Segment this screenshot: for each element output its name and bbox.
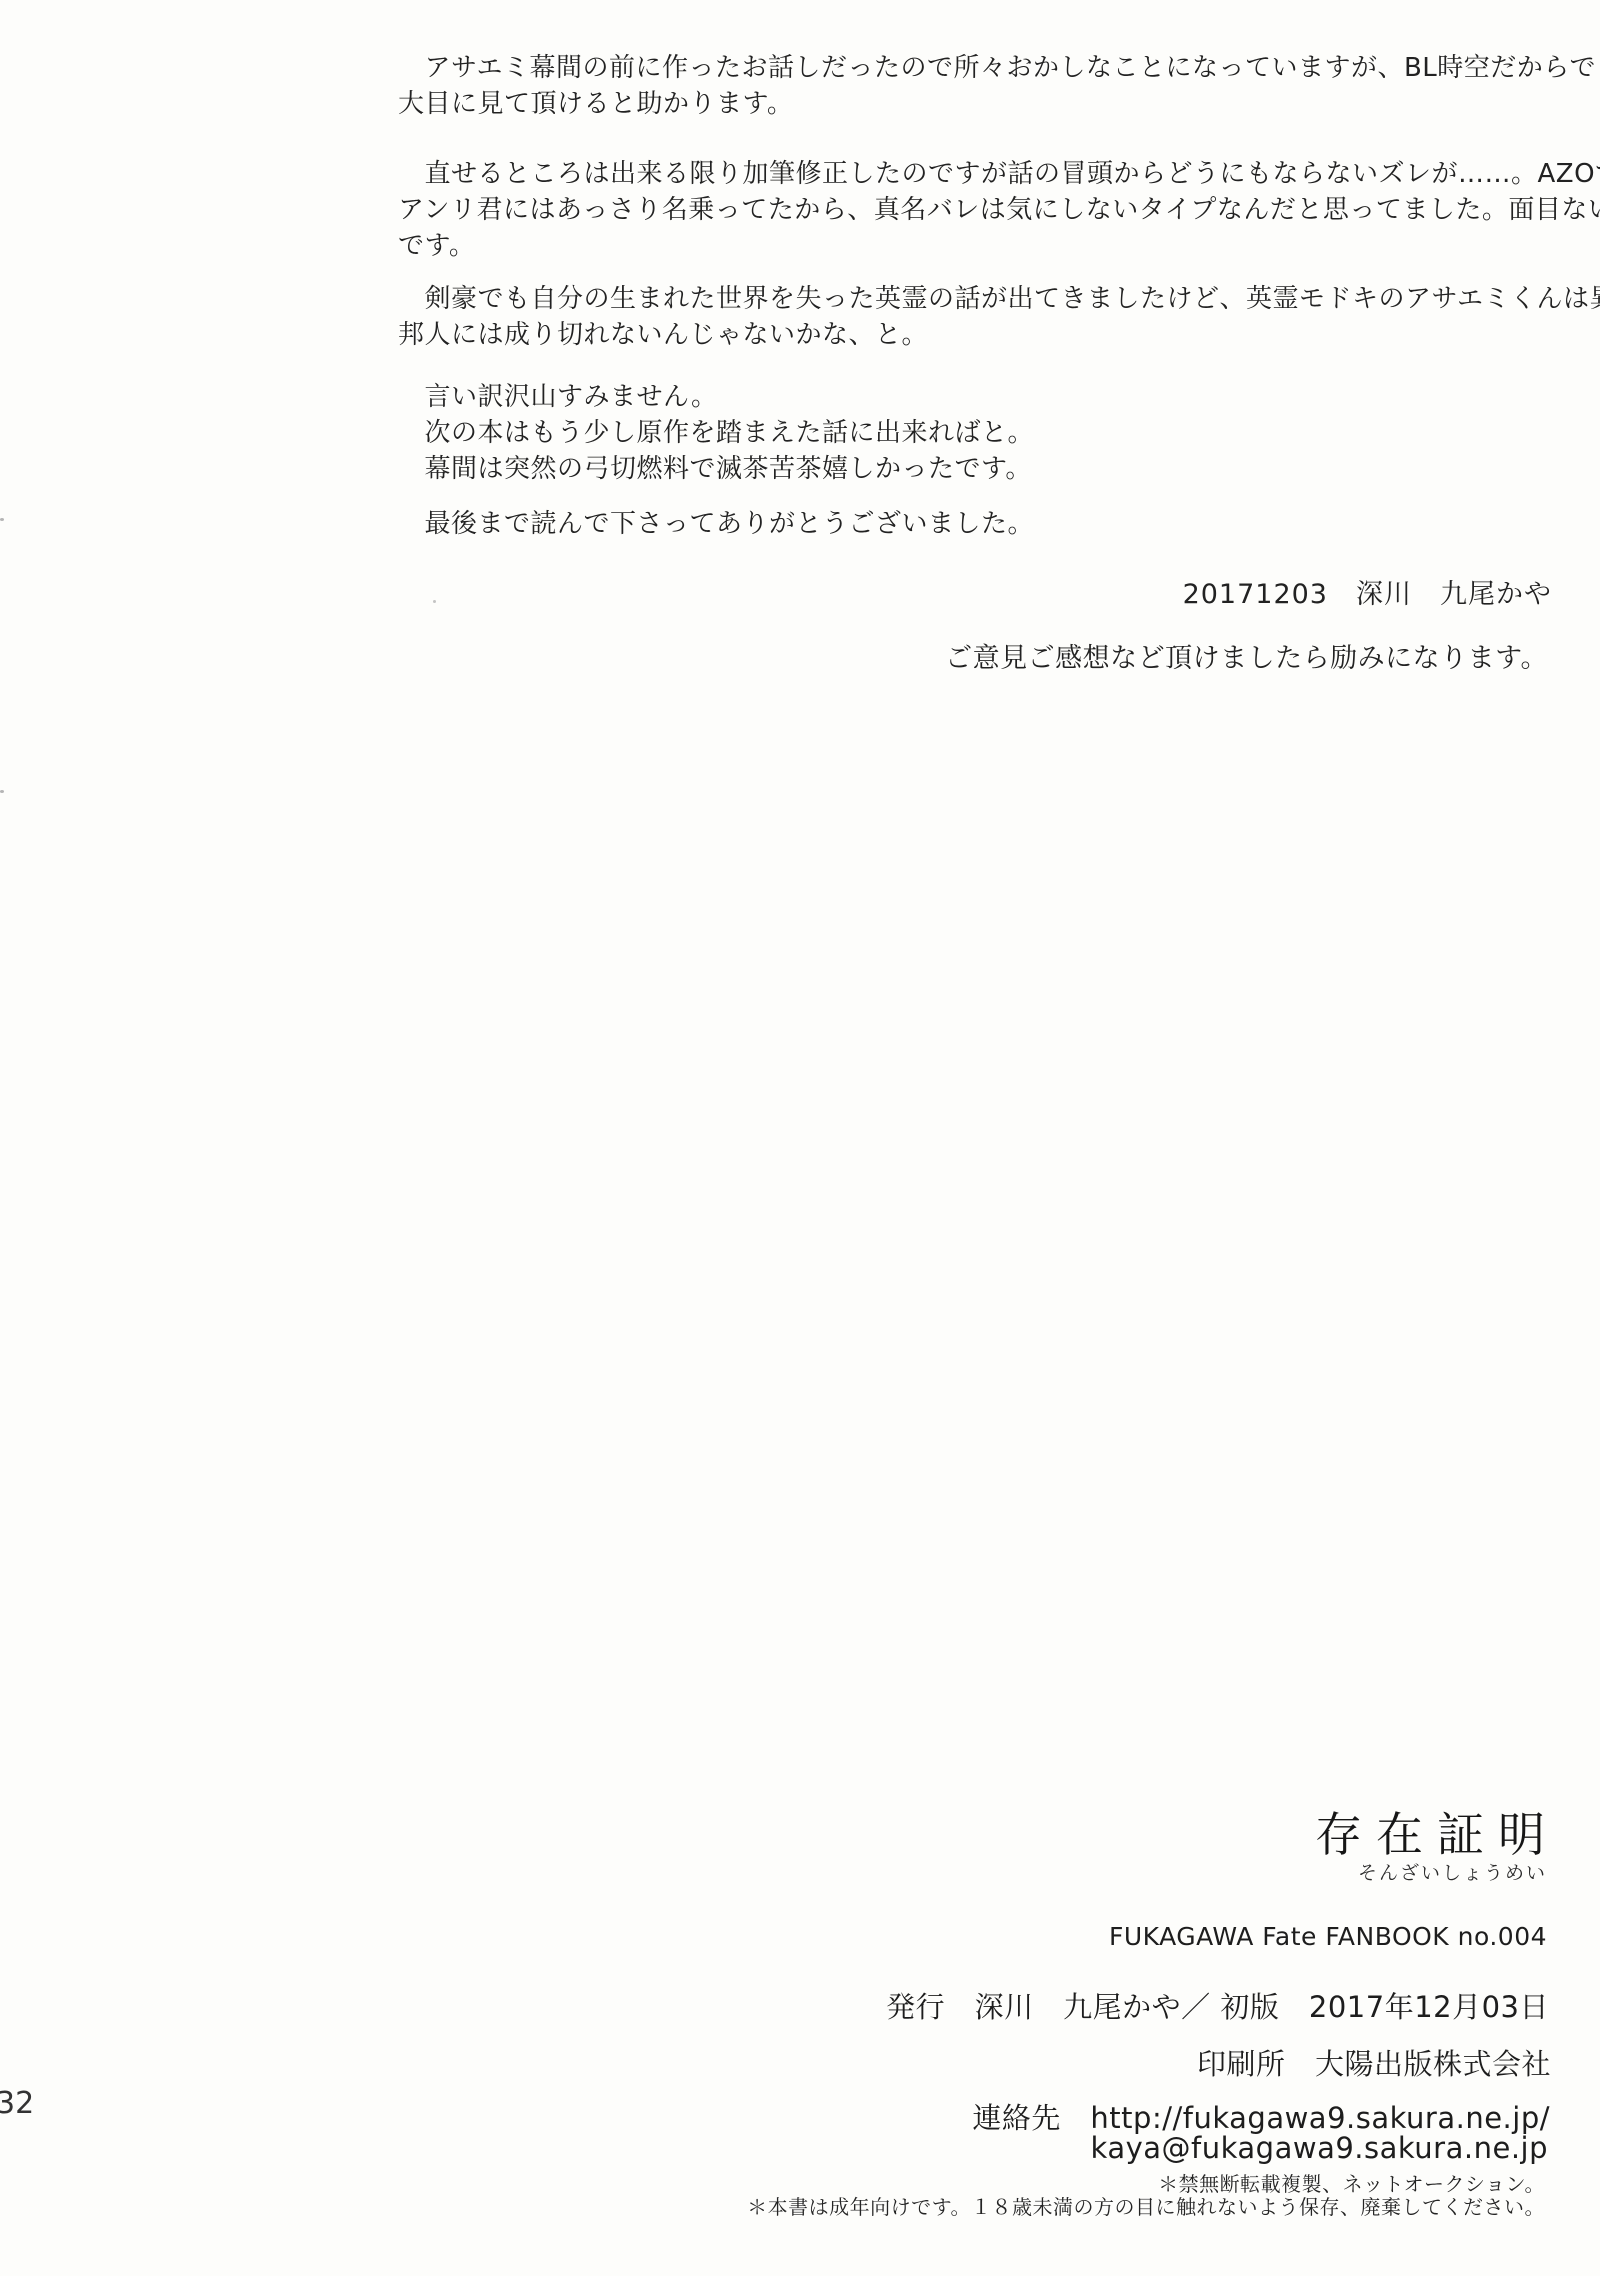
- printer-line: 印刷所 大陽出版株式会社: [1197, 2042, 1551, 2083]
- thanks-line: 最後まで読んで下さってありがとうございました。: [398, 506, 1034, 542]
- text-line: 幕間は突然の弓切燃料で滅茶苦茶嬉しかったです。: [398, 451, 1034, 487]
- text-line: 大目に見て頂けると助かります。: [398, 86, 1596, 122]
- text-line: 剣豪でも自分の生まれた世界を失った英霊の話が出てきましたけど、英霊モドキのアサエ…: [398, 281, 1600, 317]
- scan-dust-speck: [0, 518, 4, 521]
- contact-email-line: kaya@fukagawa9.sakura.ne.jp: [1091, 2131, 1548, 2165]
- text-line: です。: [398, 228, 1600, 264]
- page-number: 32: [0, 2086, 34, 2121]
- text-line: 次の本はもう少し原作を踏まえた話に出来ればと。: [398, 415, 1034, 451]
- afterword-paragraph-3: 剣豪でも自分の生まれた世界を失った英霊の話が出てきましたけど、英霊モドキのアサエ…: [398, 281, 1600, 353]
- book-title-furigana: そんざいしょうめい: [1358, 1858, 1547, 1885]
- adult-content-notice: ＊本書は成年向けです。１８歳未満の方の目に触れないよう保存、廃棄してください。: [747, 2191, 1545, 2220]
- series-label: FUKAGAWA Fate FANBOOK no.004: [1109, 1922, 1547, 1951]
- feedback-request-line: ご意見ご感想など頂けましたら励みになります。: [945, 636, 1548, 675]
- afterword-paragraph-1: アサエミ幕間の前に作ったお話しだったので所々おかしなことになっていますが、BL時…: [398, 50, 1596, 122]
- afterword-paragraph-2: 直せるところは出来る限り加筆修正したのですが話の冒頭からどうにもならないズレが……: [398, 156, 1600, 264]
- scan-dust-speck: [0, 790, 4, 793]
- scanned-afterword-page: アサエミ幕間の前に作ったお話しだったので所々おかしなことになっていますが、BL時…: [0, 0, 1600, 2276]
- book-title: 存在証明: [1315, 1798, 1559, 1865]
- afterword-paragraph-4: 言い訳沢山すみません。 次の本はもう少し原作を踏まえた話に出来ればと。 幕間は突…: [398, 379, 1034, 487]
- text-line: アサエミ幕間の前に作ったお話しだったので所々おかしなことになっていますが、BL時…: [398, 50, 1596, 86]
- publisher-line: 発行 深川 九尾かや／ 初版 2017年12月03日: [886, 1985, 1549, 2026]
- text-line: 邦人には成り切れないんじゃないかな、と。: [398, 317, 1600, 353]
- scan-dust-speck: [433, 600, 436, 603]
- text-line: 直せるところは出来る限り加筆修正したのですが話の冒頭からどうにもならないズレが……: [398, 156, 1600, 192]
- date-signature: 20171203 深川 九尾かや: [1183, 572, 1552, 611]
- text-line: 言い訳沢山すみません。: [398, 379, 1034, 415]
- text-line: アンリ君にはあっさり名乗ってたから、真名バレは気にしないタイプなんだと思ってまし…: [398, 192, 1600, 228]
